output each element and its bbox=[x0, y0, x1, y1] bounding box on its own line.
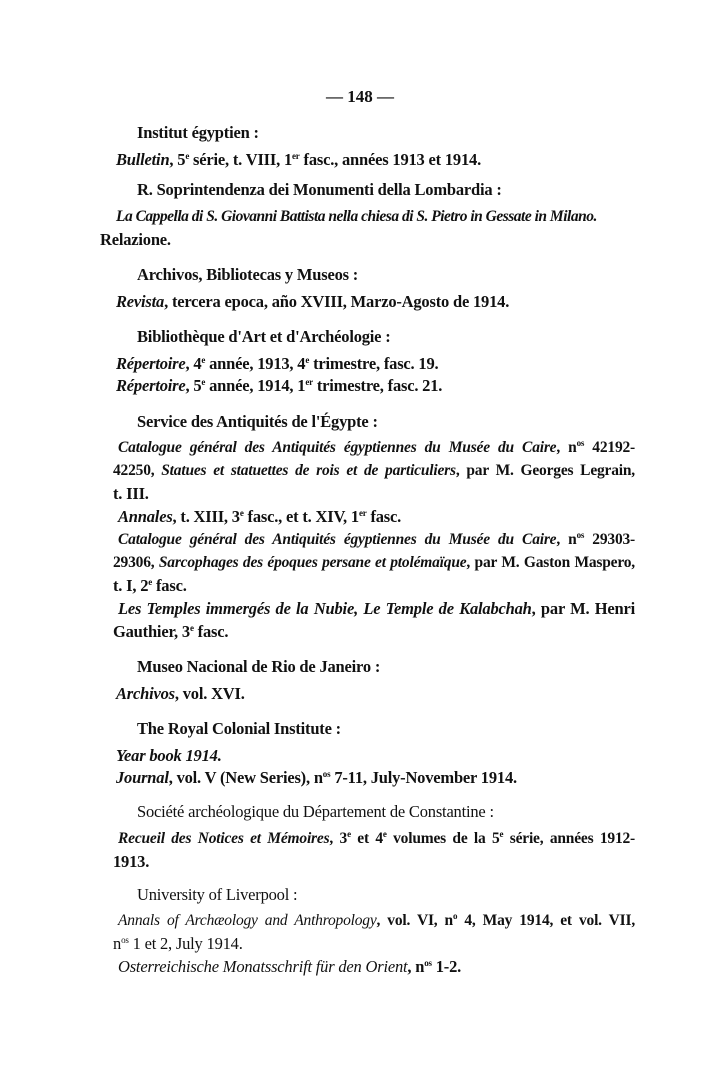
entry-title: Bulletin bbox=[116, 150, 169, 169]
entry-title: Archivos bbox=[116, 684, 175, 703]
entry-title: Osterreichische Monatsschrift für den Or… bbox=[118, 957, 407, 976]
entry-year-book: Year book 1914. bbox=[116, 746, 635, 766]
entry-text: 4, May 1914, et vol. VII, bbox=[457, 912, 635, 929]
entry-text: trimestre, fasc. 21. bbox=[313, 376, 442, 395]
entry-annales: Annales, t. XIII, 3e fasc., et t. XIV, 1… bbox=[118, 507, 637, 527]
entry-text: n bbox=[113, 934, 121, 953]
entry-recueil-line-1: Recueil des Notices et Mémoires, 3e et 4… bbox=[118, 829, 635, 849]
entry-repertoire-1: Répertoire, 4e année, 1913, 4e trimestre… bbox=[116, 354, 635, 374]
entry-relazione: Relazione. bbox=[100, 230, 622, 250]
entry-text: année, 1914, 1 bbox=[205, 376, 305, 395]
entry-title: Catalogue général des Antiquités égyptie… bbox=[118, 439, 556, 456]
superscript: os bbox=[424, 958, 432, 968]
entry-catalogue-1-line-3: t. III. bbox=[113, 484, 635, 504]
entry-title: Annales bbox=[118, 507, 173, 526]
entry-catalogue-1-line-1: Catalogue général des Antiquités égyptie… bbox=[118, 438, 635, 458]
entry-title: Répertoire bbox=[116, 376, 186, 395]
section-heading-institut-egyptien: Institut égyptien : bbox=[137, 123, 635, 143]
entry-osterreichische: Osterreichische Monatsschrift für den Or… bbox=[118, 957, 637, 977]
entry-text: , n bbox=[407, 957, 424, 976]
entry-text: année, 1913, 4 bbox=[205, 354, 305, 373]
entry-text: , vol. XVI. bbox=[175, 684, 245, 703]
section-heading-museo-nacional: Museo Nacional de Rio de Janeiro : bbox=[137, 657, 635, 677]
section-heading-royal-colonial: The Royal Colonial Institute : bbox=[137, 719, 635, 739]
entry-text: 7-11, July-November 1914. bbox=[330, 768, 517, 787]
entry-text: 42250, bbox=[113, 462, 161, 479]
entry-title: Recueil des Notices et Mémoires bbox=[118, 830, 329, 847]
entry-catalogue-2-line-1: Catalogue général des Antiquités égyptie… bbox=[118, 530, 635, 550]
entry-title: Sarcophages des époques persane et ptolé… bbox=[159, 554, 467, 571]
entry-text: série, t. VIII, 1 bbox=[189, 150, 292, 169]
entry-text: fasc. bbox=[194, 622, 229, 641]
entry-title: Revista bbox=[116, 292, 164, 311]
entry-text: 29303- bbox=[584, 531, 635, 548]
entry-text: , par M. Gaston Maspero, bbox=[466, 554, 635, 571]
entry-text: volumes de la 5 bbox=[387, 830, 500, 847]
entry-text: série, années 1912- bbox=[503, 830, 635, 847]
entry-journal: Journal, vol. V (New Series), nos 7-11, … bbox=[116, 768, 635, 788]
entry-text: , n bbox=[556, 531, 576, 548]
entry-text: , vol. VI, n bbox=[377, 912, 453, 929]
entry-text: fasc. bbox=[152, 576, 187, 595]
section-heading-archivos-bibliotecas: Archivos, Bibliotecas y Museos : bbox=[137, 265, 635, 285]
entry-recueil-line-2: 1913. bbox=[113, 852, 635, 872]
entry-text: Gauthier, 3 bbox=[113, 622, 190, 641]
entry-catalogue-1-line-2: 42250, Statues et statuettes de rois et … bbox=[113, 461, 635, 481]
entry-text: 1 et 2, July 1914. bbox=[129, 934, 243, 953]
entry-catalogue-2-line-3: t. I, 2e fasc. bbox=[113, 576, 635, 596]
section-heading-societe-constantine: Société archéologique du Département de … bbox=[137, 802, 635, 822]
entry-catalogue-2-line-2: 29306, Sarcophages des époques persane e… bbox=[113, 553, 635, 573]
entry-text: , tercera epoca, año XVIII, Marzo-Agosto… bbox=[164, 292, 509, 311]
entry-title: Catalogue général des Antiquités égyptie… bbox=[118, 531, 556, 548]
page-number: — 148 — bbox=[0, 87, 720, 107]
entry-temples-line-1: Les Temples immergés de la Nubie, Le Tem… bbox=[118, 599, 635, 619]
entry-text: , 5 bbox=[186, 376, 202, 395]
entry-text: , 5 bbox=[169, 150, 185, 169]
entry-archivos-vol: Archivos, vol. XVI. bbox=[116, 684, 635, 704]
entry-text: fasc. bbox=[367, 507, 402, 526]
entry-title: Annals of Archæology and Anthropology bbox=[118, 912, 377, 929]
entry-text: et 4 bbox=[351, 830, 383, 847]
entry-text: , par M. Henri bbox=[532, 599, 635, 618]
entry-title: Journal bbox=[116, 768, 169, 787]
entry-text: , 4 bbox=[186, 354, 202, 373]
entry-revista: Revista, tercera epoca, año XVIII, Marzo… bbox=[116, 292, 635, 312]
entry-text: 42192- bbox=[584, 439, 635, 456]
entry-title: Répertoire bbox=[116, 354, 186, 373]
entry-text: , n bbox=[556, 439, 576, 456]
entry-text: , vol. V (New Series), n bbox=[169, 768, 323, 787]
entry-annals-line-1: Annals of Archæology and Anthropology, v… bbox=[118, 911, 635, 931]
entry-bulletin: Bulletin, 5e série, t. VIII, 1er fasc., … bbox=[116, 150, 635, 170]
entry-text: fasc., et t. XIV, 1 bbox=[244, 507, 359, 526]
entry-text: , par M. Georges Legrain, bbox=[456, 462, 635, 479]
entry-text: , t. XIII, 3 bbox=[173, 507, 240, 526]
entry-text: , 3 bbox=[329, 830, 347, 847]
entry-repertoire-2: Répertoire, 5e année, 1914, 1er trimestr… bbox=[116, 376, 635, 396]
entry-annals-line-2: nos 1 et 2, July 1914. bbox=[113, 934, 635, 954]
superscript: er bbox=[305, 377, 313, 387]
superscript: er bbox=[359, 508, 367, 518]
section-heading-service-antiquites: Service des Antiquités de l'Égypte : bbox=[137, 412, 635, 432]
superscript: os bbox=[121, 935, 129, 945]
entry-temples-line-2: Gauthier, 3e fasc. bbox=[113, 622, 635, 642]
section-heading-bibliotheque-art: Bibliothèque d'Art et d'Archéologie : bbox=[137, 327, 635, 347]
entry-title: Statues et statuettes de rois et de part… bbox=[161, 462, 456, 479]
entry-text: 1-2. bbox=[432, 957, 461, 976]
entry-text: trimestre, fasc. 19. bbox=[309, 354, 438, 373]
superscript: er bbox=[292, 151, 300, 161]
section-heading-soprintendenza: R. Soprintendenza dei Monumenti della Lo… bbox=[137, 180, 635, 200]
section-heading-university-liverpool: University of Liverpool : bbox=[137, 885, 635, 905]
entry-la-cappella: La Cappella di S. Giovanni Battista nell… bbox=[116, 207, 635, 227]
entry-text: fasc., années 1913 et 1914. bbox=[300, 150, 481, 169]
entry-text: 29306, bbox=[113, 554, 159, 571]
entry-title: Les Temples immergés de la Nubie, Le Tem… bbox=[118, 599, 532, 618]
entry-text: t. I, 2 bbox=[113, 576, 148, 595]
